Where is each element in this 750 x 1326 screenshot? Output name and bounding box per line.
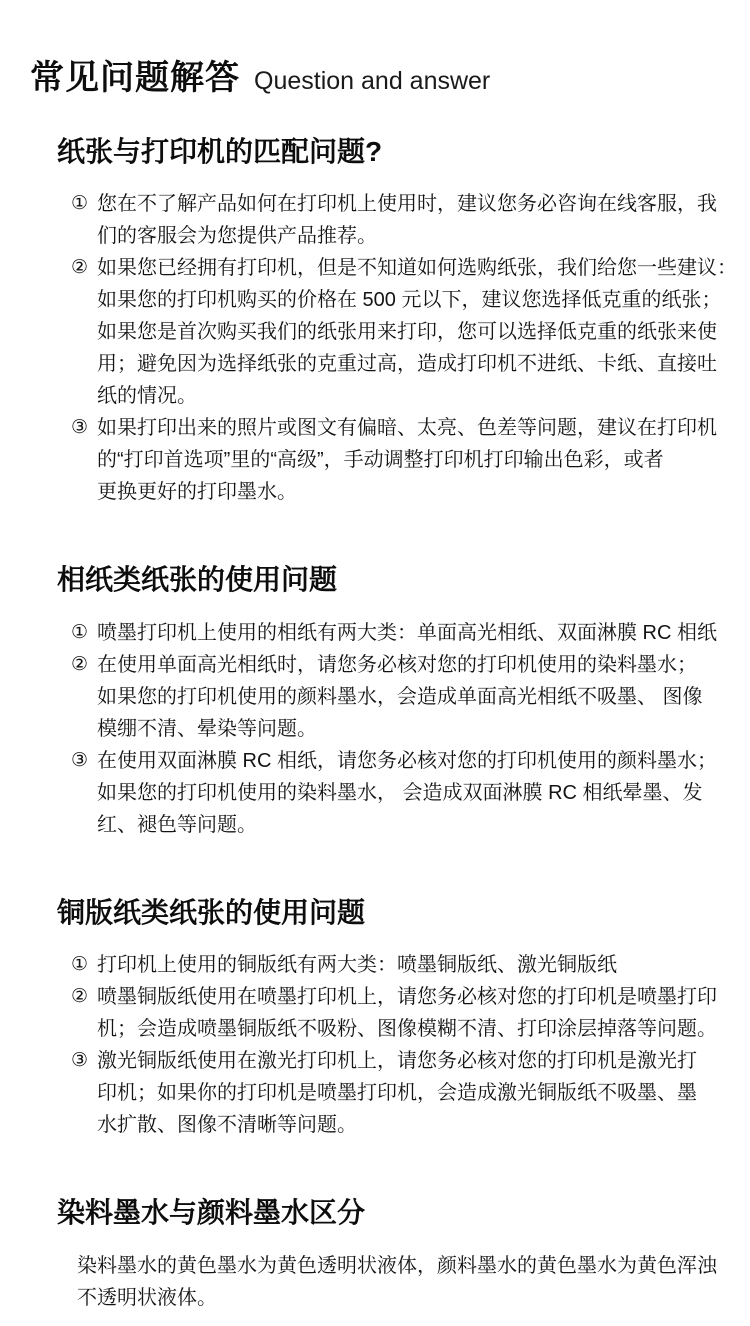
item-text: 在使用双面淋膜 RC 相纸，请您务必核对您的打印机使用的颜料墨水；如果您的打印机… — [97, 745, 732, 841]
section-heading: 染料墨水与颜料墨水区分 — [57, 1195, 750, 1231]
faq-item: ②在使用单面高光相纸时，请您务必核对您的打印机使用的染料墨水；如果您的打印机使用… — [71, 649, 732, 745]
faq-page: 常见问题解答 Question and answer 纸张与打印机的匹配问题?①… — [0, 0, 750, 1326]
item-number-icon: ② — [71, 981, 97, 1013]
item-text-line: 您在不了解产品如何在打印机上使用时，建议您务必咨询在线客服，我 — [97, 188, 732, 220]
item-text-line: 们的客服会为您提供产品推荐。 — [97, 220, 732, 252]
faq-paragraph: 染料墨水的黄色墨水为黄色透明状液体，颜料墨水的黄色墨水为黄色浑浊不透明状液体。 — [71, 1250, 732, 1314]
item-number-icon: ② — [71, 252, 97, 284]
section-heading: 铜版纸类纸张的使用问题 — [57, 895, 750, 931]
item-text-line: 如果您的打印机使用的染料墨水， 会造成双面淋膜 RC 相纸晕墨、发 — [97, 777, 732, 809]
item-text-line: 喷墨打印机上使用的相纸有两大类：单面高光相纸、双面淋膜 RC 相纸 — [97, 617, 732, 649]
item-text-line: 用；避免因为选择纸张的克重过高，造成打印机不进纸、卡纸、直接吐 — [97, 348, 732, 380]
page-title: 常见问题解答 Question and answer — [30, 50, 750, 99]
faq-section: 纸张与打印机的匹配问题?①您在不了解产品如何在打印机上使用时，建议您务必咨询在线… — [0, 134, 750, 508]
item-text-line: 在使用单面高光相纸时，请您务必核对您的打印机使用的染料墨水； — [97, 649, 732, 681]
faq-item: ①您在不了解产品如何在打印机上使用时，建议您务必咨询在线客服，我们的客服会为您提… — [71, 188, 732, 252]
faq-section: 铜版纸类纸张的使用问题①打印机上使用的铜版纸有两大类：喷墨铜版纸、激光铜版纸②喷… — [0, 895, 750, 1141]
item-text-line: 打印机上使用的铜版纸有两大类：喷墨铜版纸、激光铜版纸 — [97, 949, 732, 981]
item-number-icon: ③ — [71, 1045, 97, 1077]
item-text-line: 的“打印首选项”里的“高级”，手动调整打印机打印输出色彩，或者 — [97, 444, 732, 476]
item-number-icon: ① — [71, 949, 97, 981]
item-text: 如果打印出来的照片或图文有偏暗、太亮、色差等问题，建议在打印机的“打印首选项”里… — [97, 412, 732, 508]
item-text: 染料墨水的黄色墨水为黄色透明状液体，颜料墨水的黄色墨水为黄色浑浊不透明状液体。 — [77, 1250, 732, 1314]
item-number-icon: ③ — [71, 412, 97, 444]
item-text-line: 水扩散、图像不清晰等问题。 — [97, 1109, 732, 1141]
item-number-icon: ① — [71, 188, 97, 220]
item-text-line: 如果您的打印机购买的价格在 500 元以下，建议您选择低克重的纸张； — [97, 284, 732, 316]
item-text: 激光铜版纸使用在激光打印机上，请您务必核对您的打印机是激光打印机；如果你的打印机… — [97, 1045, 732, 1141]
item-text: 在使用单面高光相纸时，请您务必核对您的打印机使用的染料墨水；如果您的打印机使用的… — [97, 649, 732, 745]
item-text-line: 机；会造成喷墨铜版纸不吸粉、图像模糊不清、打印涂层掉落等问题。 — [97, 1013, 732, 1045]
item-number-icon: ③ — [71, 745, 97, 777]
section-items: ①打印机上使用的铜版纸有两大类：喷墨铜版纸、激光铜版纸②喷墨铜版纸使用在喷墨打印… — [71, 949, 732, 1141]
item-number-icon: ① — [71, 617, 97, 649]
item-text-line: 如果打印出来的照片或图文有偏暗、太亮、色差等问题，建议在打印机 — [97, 412, 732, 444]
section-items: ①您在不了解产品如何在打印机上使用时，建议您务必咨询在线客服，我们的客服会为您提… — [71, 188, 732, 508]
faq-section: 染料墨水与颜料墨水区分染料墨水的黄色墨水为黄色透明状液体，颜料墨水的黄色墨水为黄… — [0, 1195, 750, 1313]
faq-item: ③在使用双面淋膜 RC 相纸，请您务必核对您的打印机使用的颜料墨水；如果您的打印… — [71, 745, 732, 841]
section-items: ①喷墨打印机上使用的相纸有两大类：单面高光相纸、双面淋膜 RC 相纸②在使用单面… — [71, 617, 732, 841]
item-text: 如果您已经拥有打印机，但是不知道如何选购纸张，我们给您一些建议：如果您的打印机购… — [97, 252, 732, 412]
faq-sections: 纸张与打印机的匹配问题?①您在不了解产品如何在打印机上使用时，建议您务必咨询在线… — [0, 134, 750, 1314]
item-text-line: 如果您已经拥有打印机，但是不知道如何选购纸张，我们给您一些建议： — [97, 252, 732, 284]
page-title-en: Question and answer — [254, 67, 490, 96]
item-text-line: 红、褪色等问题。 — [97, 809, 732, 841]
item-text-line: 模绷不清、晕染等问题。 — [97, 713, 732, 745]
section-items: 染料墨水的黄色墨水为黄色透明状液体，颜料墨水的黄色墨水为黄色浑浊不透明状液体。 — [71, 1250, 732, 1314]
item-text-line: 喷墨铜版纸使用在喷墨打印机上，请您务必核对您的打印机是喷墨打印 — [97, 981, 732, 1013]
item-text-line: 如果您的打印机使用的颜料墨水，会造成单面高光相纸不吸墨、 图像 — [97, 681, 732, 713]
item-text-line: 印机；如果你的打印机是喷墨打印机，会造成激光铜版纸不吸墨、墨 — [97, 1077, 732, 1109]
item-text-line: 如果您是首次购买我们的纸张用来打印，您可以选择低克重的纸张来使 — [97, 316, 732, 348]
item-text: 喷墨打印机上使用的相纸有两大类：单面高光相纸、双面淋膜 RC 相纸 — [97, 617, 732, 649]
item-text: 您在不了解产品如何在打印机上使用时，建议您务必咨询在线客服，我们的客服会为您提供… — [97, 188, 732, 252]
item-text-line: 染料墨水的黄色墨水为黄色透明状液体，颜料墨水的黄色墨水为黄色浑浊 — [77, 1250, 732, 1282]
faq-section: 相纸类纸张的使用问题①喷墨打印机上使用的相纸有两大类：单面高光相纸、双面淋膜 R… — [0, 562, 750, 840]
faq-item: ③如果打印出来的照片或图文有偏暗、太亮、色差等问题，建议在打印机的“打印首选项”… — [71, 412, 732, 508]
item-number-icon: ② — [71, 649, 97, 681]
faq-item: ①打印机上使用的铜版纸有两大类：喷墨铜版纸、激光铜版纸 — [71, 949, 732, 981]
faq-item: ①喷墨打印机上使用的相纸有两大类：单面高光相纸、双面淋膜 RC 相纸 — [71, 617, 732, 649]
item-text-line: 纸的情况。 — [97, 380, 732, 412]
section-heading: 相纸类纸张的使用问题 — [57, 562, 750, 598]
item-text-line: 在使用双面淋膜 RC 相纸，请您务必核对您的打印机使用的颜料墨水； — [97, 745, 732, 777]
page-title-zh: 常见问题解答 — [30, 50, 240, 99]
item-text-line: 激光铜版纸使用在激光打印机上，请您务必核对您的打印机是激光打 — [97, 1045, 732, 1077]
faq-item: ②喷墨铜版纸使用在喷墨打印机上，请您务必核对您的打印机是喷墨打印机；会造成喷墨铜… — [71, 981, 732, 1045]
item-text-line: 不透明状液体。 — [77, 1282, 732, 1314]
item-text: 喷墨铜版纸使用在喷墨打印机上，请您务必核对您的打印机是喷墨打印机；会造成喷墨铜版… — [97, 981, 732, 1045]
item-text: 打印机上使用的铜版纸有两大类：喷墨铜版纸、激光铜版纸 — [97, 949, 732, 981]
section-heading: 纸张与打印机的匹配问题? — [57, 134, 750, 170]
faq-item: ②如果您已经拥有打印机，但是不知道如何选购纸张，我们给您一些建议：如果您的打印机… — [71, 252, 732, 412]
item-text-line: 更换更好的打印墨水。 — [97, 476, 732, 508]
faq-item: ③激光铜版纸使用在激光打印机上，请您务必核对您的打印机是激光打印机；如果你的打印… — [71, 1045, 732, 1141]
